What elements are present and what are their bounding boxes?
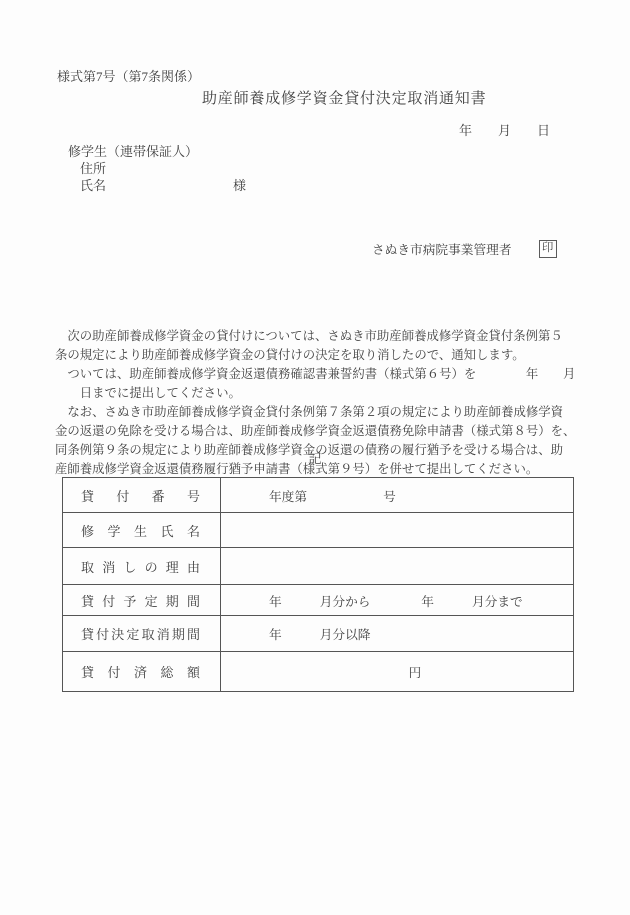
row-value: 年 月分から 年 月分まで <box>221 585 574 616</box>
document-title: 助産師養成修学資金貸付決定取消通知書 <box>202 87 486 108</box>
addressee-name-line: 氏名様 <box>80 175 246 194</box>
table-row: 貸付予定期間 年 月分から 年 月分まで <box>63 585 574 616</box>
body-text-line: ついては、助産師養成修学資金返還債務確認書兼誓約書（様式第６号）を 年 月 <box>55 365 585 384</box>
issuer-name: さぬき市病院事業管理者 <box>372 239 512 258</box>
form-number: 様式第7号（第7条関係） <box>57 66 200 85</box>
table-row: 貸付番号 年度第 号 <box>63 478 574 513</box>
honorific-sama: 様 <box>233 175 246 194</box>
table-row: 取消しの理由 <box>63 548 574 585</box>
row-label: 修学生氏名 <box>63 513 221 548</box>
body-text-line: 条の規定により助産師養成修学資金の貸付けの決定を取り消したので、通知します。 <box>55 346 585 365</box>
row-value: 円 <box>221 652 574 692</box>
table-row: 修学生氏名 <box>63 513 574 548</box>
date-line: 年 月 日 <box>459 120 550 139</box>
ki-marker: 記 <box>0 448 630 467</box>
table-row: 貸付決定取消期間 年 月分以降 <box>63 616 574 652</box>
issuer-line: さぬき市病院事業管理者 印 <box>372 239 557 258</box>
row-label: 貸付済総額 <box>63 652 221 692</box>
seal-placeholder-icon: 印 <box>539 240 557 258</box>
table-body: 貸付番号 年度第 号 修学生氏名 取消しの理由 貸付予定期間 年 月分から 年 … <box>63 478 574 692</box>
row-label: 貸付予定期間 <box>63 585 221 616</box>
row-value: 年 月分以降 <box>221 616 574 652</box>
row-value <box>221 513 574 548</box>
row-label: 取消しの理由 <box>63 548 221 585</box>
row-label: 貸付番号 <box>63 478 221 513</box>
body-text-line: 次の助産師養成修学資金の貸付けについては、さぬき市助産師養成修学資金貸付条例第５ <box>55 327 585 346</box>
table-row: 貸付済総額 円 <box>63 652 574 692</box>
row-value: 年度第 号 <box>221 478 574 513</box>
row-label: 貸付決定取消期間 <box>63 616 221 652</box>
body-text-line: 日までに提出してください。 <box>55 384 585 403</box>
body-text-line: なお、さぬき市助産師養成修学資金貸付条例第７条第２項の規定により助産師養成修学資 <box>55 403 585 422</box>
loan-cancellation-table: 貸付番号 年度第 号 修学生氏名 取消しの理由 貸付予定期間 年 月分から 年 … <box>62 477 574 692</box>
body-text-line: 金の返還の免除を受ける場合は、助産師養成修学資金返還債務免除申請書（様式第８号）… <box>55 422 585 441</box>
row-value <box>221 548 574 585</box>
document-page: 様式第7号（第7条関係） 助産師養成修学資金貸付決定取消通知書 年 月 日 修学… <box>0 0 630 915</box>
addressee-name-label: 氏名 <box>80 178 106 193</box>
